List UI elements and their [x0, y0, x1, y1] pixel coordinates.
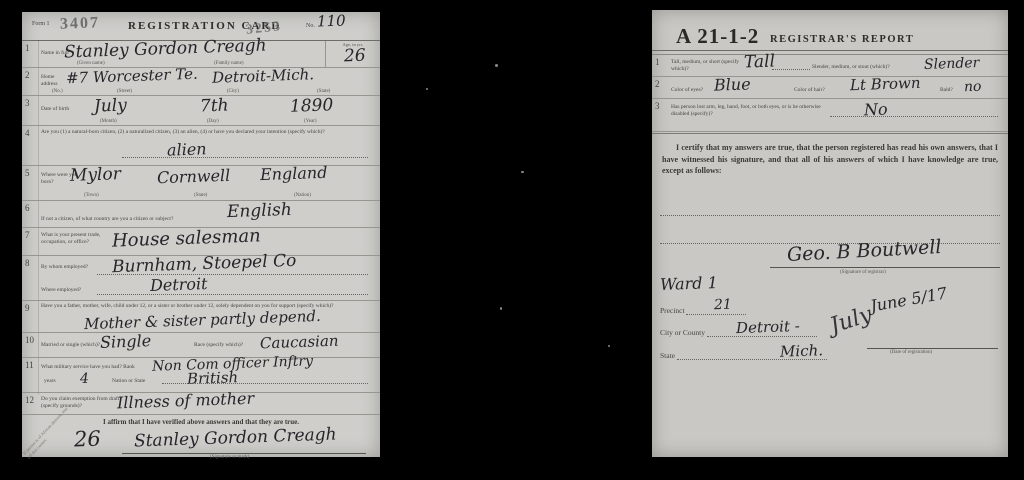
form-number-label: Form 1: [32, 21, 50, 27]
military-nation-answer: British: [187, 370, 239, 387]
build-answer: Slender: [924, 56, 980, 72]
eyes-answer: Blue: [714, 76, 751, 93]
row-number: 8: [25, 258, 30, 268]
dust-speck: [521, 171, 524, 173]
birth-year: 1890: [290, 97, 334, 115]
row-number: 2: [655, 79, 660, 89]
field-marital-race: 10 Married or single (which)? Single Rac…: [22, 333, 380, 358]
field-subject-of: 6 If not a citizen, of what country are …: [22, 201, 380, 228]
no-label: No.: [306, 23, 315, 29]
sub-caption: (City): [227, 89, 239, 94]
field-birthplace: 5 Where were you born? Mylor Cornwell En…: [22, 166, 380, 201]
military-years-answer: 4: [80, 372, 89, 386]
field-label: years: [44, 378, 56, 385]
row-number: 2: [25, 70, 30, 80]
hair-answer: Lt Brown: [850, 76, 921, 93]
field-citizenship: 4 Are you (1) a natural-born citizen, (2…: [22, 126, 380, 166]
field-employer: 8 By whom employed? Burnham, Stoepel Co …: [22, 256, 380, 301]
name-answer: Stanley Gordon Creagh: [64, 37, 267, 61]
registration-card-header: Form 1 3407 REGISTRATION CARD 3253 No. 1…: [22, 12, 380, 41]
bald-answer: no: [964, 80, 982, 95]
date-caption: (Date of registration): [890, 350, 932, 355]
field-disability: 3 Has person lost arm, leg, hand, foot, …: [652, 99, 1008, 132]
field-height-build: 1 Tall, medium, or short (specify which)…: [652, 55, 1008, 77]
scanned-document-view: Form 1 3407 REGISTRATION CARD 3253 No. 1…: [0, 0, 1024, 480]
field-home-address: 2 Home address #7 Worcester Te. Detroit-…: [22, 68, 380, 96]
field-label: Has person lost arm, leg, hand, foot, or…: [671, 104, 826, 118]
sub-caption: (Given name): [77, 61, 105, 66]
precinct-label: Precinct: [660, 306, 685, 315]
field-label: Color of hair?: [794, 87, 825, 94]
row-number: 9: [25, 303, 30, 313]
occupation-answer: House salesman: [112, 227, 261, 250]
field-dependents: 9 Have you a father, mother, wife, child…: [22, 301, 380, 333]
signature-prefix-number: 26: [74, 429, 101, 451]
exemption-answer: Illness of mother: [117, 391, 255, 412]
field-label: What military service have you had? Rank: [41, 364, 156, 371]
birthplace-town: Mylor: [70, 166, 121, 185]
row-number: 3: [25, 98, 30, 108]
precinct-value: 21: [714, 298, 732, 313]
city-value: Detroit -: [736, 319, 800, 336]
age-value: 26: [344, 48, 366, 66]
field-exemption: 12 Do you claim exemption from draft (sp…: [22, 393, 380, 415]
registrars-report-card: A 21-1-2 REGISTRAR'S REPORT 1 Tall, medi…: [652, 10, 1008, 457]
field-date-of-birth: 3 Date of birth July 7th 1890 (Month) (D…: [22, 96, 380, 126]
certification-text: I certify that my answers are true, that…: [662, 142, 998, 177]
race-answer: Caucasian: [260, 334, 339, 352]
row-number: 5: [25, 168, 30, 178]
dust-speck: [426, 88, 428, 90]
field-label: Slender, medium, or stout (which)?: [812, 64, 932, 71]
row-number: 1: [25, 43, 30, 53]
registrar-signature-line: [770, 267, 1000, 268]
field-label: Where employed?: [41, 287, 81, 294]
field-label: Nation or State: [112, 378, 145, 385]
dotted-rule: [97, 274, 368, 275]
precinct-field: Precinct: [660, 306, 746, 315]
row-number: 12: [25, 395, 34, 405]
row-number: 7: [25, 230, 30, 240]
dust-speck: [495, 64, 498, 67]
dust-speck: [500, 307, 502, 310]
field-occupation: 7 What is your present trade, occupation…: [22, 228, 380, 256]
sub-caption: (No.): [52, 89, 63, 94]
sub-caption: (Day): [207, 119, 219, 124]
field-label: Married or single (which)?: [41, 342, 100, 349]
dust-speck: [608, 345, 610, 347]
sub-caption: (Town): [84, 193, 99, 198]
state-label: State: [660, 351, 675, 360]
registration-date-overlay: July: [828, 304, 875, 338]
city-label: City or County: [660, 328, 705, 337]
subject-answer: English: [227, 202, 292, 221]
field-eyes-hair: 2 Color of eyes? Blue Color of hair? Lt …: [652, 77, 1008, 99]
birthplace-state: Cornwell: [157, 168, 231, 187]
birth-month: July: [94, 97, 127, 115]
dotted-rule: [772, 69, 810, 70]
field-label: Bald?: [940, 87, 953, 94]
state-value: Mich.: [780, 343, 823, 359]
row-number: 10: [25, 335, 34, 345]
field-label: By whom employed?: [41, 264, 88, 271]
field-label: Do you claim exemption from draft (speci…: [41, 396, 121, 410]
dotted-rule: [97, 294, 368, 295]
signature-caption: (Signature or mark): [210, 455, 249, 460]
marital-answer: Single: [100, 333, 152, 351]
section-rule: [652, 133, 1008, 134]
registrant-signature: Stanley Gordon Creagh: [134, 426, 337, 450]
registration-card: Form 1 3407 REGISTRATION CARD 3253 No. 1…: [22, 12, 380, 457]
form-code: A 21-1-2: [676, 24, 759, 49]
field-label: Color of eyes?: [671, 87, 703, 94]
date-line: [867, 348, 998, 349]
employer-answer: Burnham, Stoepel Co: [112, 253, 297, 276]
dotted-rule: [830, 116, 998, 117]
dotted-rule: [122, 157, 368, 158]
registrar-signature-caption: (Signature of registrar): [840, 270, 886, 275]
sub-caption: (Street): [117, 89, 132, 94]
row-number: 1: [655, 57, 660, 67]
field-label: Home address: [41, 74, 65, 88]
registrant-signature-block: 26 Stanley Gordon Creagh (Signature or m…: [22, 429, 380, 460]
birth-day: 7th: [200, 98, 229, 116]
row-number: 6: [25, 203, 30, 213]
dotted-rule: [162, 383, 368, 384]
age-box: Age, in yrs. 26: [325, 41, 380, 67]
card-number-handwritten: 110: [317, 14, 346, 30]
field-label: Are you (1) a natural-born citizen, (2) …: [41, 129, 366, 136]
field-military-service: 11 What military service have you had? R…: [22, 358, 380, 393]
employment-place-answer: Detroit: [150, 276, 208, 294]
ward-value: Ward 1: [660, 275, 718, 293]
sub-caption: (Month): [100, 119, 117, 124]
height-answer: Tall: [744, 53, 776, 71]
sub-caption: (Year): [304, 119, 317, 124]
field-label: Tall, medium, or short (specify which)?: [671, 59, 746, 73]
address-answer: #7 Worcester Te.: [66, 67, 198, 87]
birthplace-nation: England: [260, 165, 328, 183]
sub-caption: (Family name): [214, 61, 244, 66]
registrar-signature: Geo. B Boutwell: [787, 238, 942, 265]
dependents-answer: Mother & sister partly depend.: [84, 309, 321, 332]
exception-line: [660, 215, 1000, 216]
row-number: 11: [25, 360, 34, 370]
field-label: Date of birth: [41, 106, 69, 113]
report-title: REGISTRAR'S REPORT: [770, 34, 914, 45]
sub-caption: (State): [317, 89, 330, 94]
signature-line: [122, 453, 366, 454]
field-label: Race (specify which)?: [194, 342, 243, 349]
field-name-in-full: 1 Name in full Stanley Gordon Creagh (Gi…: [22, 41, 380, 68]
row-number: 3: [655, 101, 660, 111]
address-city-answer: Detroit-Mich.: [212, 67, 314, 86]
field-label: If not a citizen, of what country are yo…: [41, 216, 241, 223]
row-number: 4: [25, 128, 30, 138]
serial-number-stamp: 3407: [60, 14, 101, 33]
registration-date-value: June 5/17: [869, 285, 948, 314]
sub-caption: (State): [194, 193, 207, 198]
sub-caption: (Nation): [294, 193, 311, 198]
